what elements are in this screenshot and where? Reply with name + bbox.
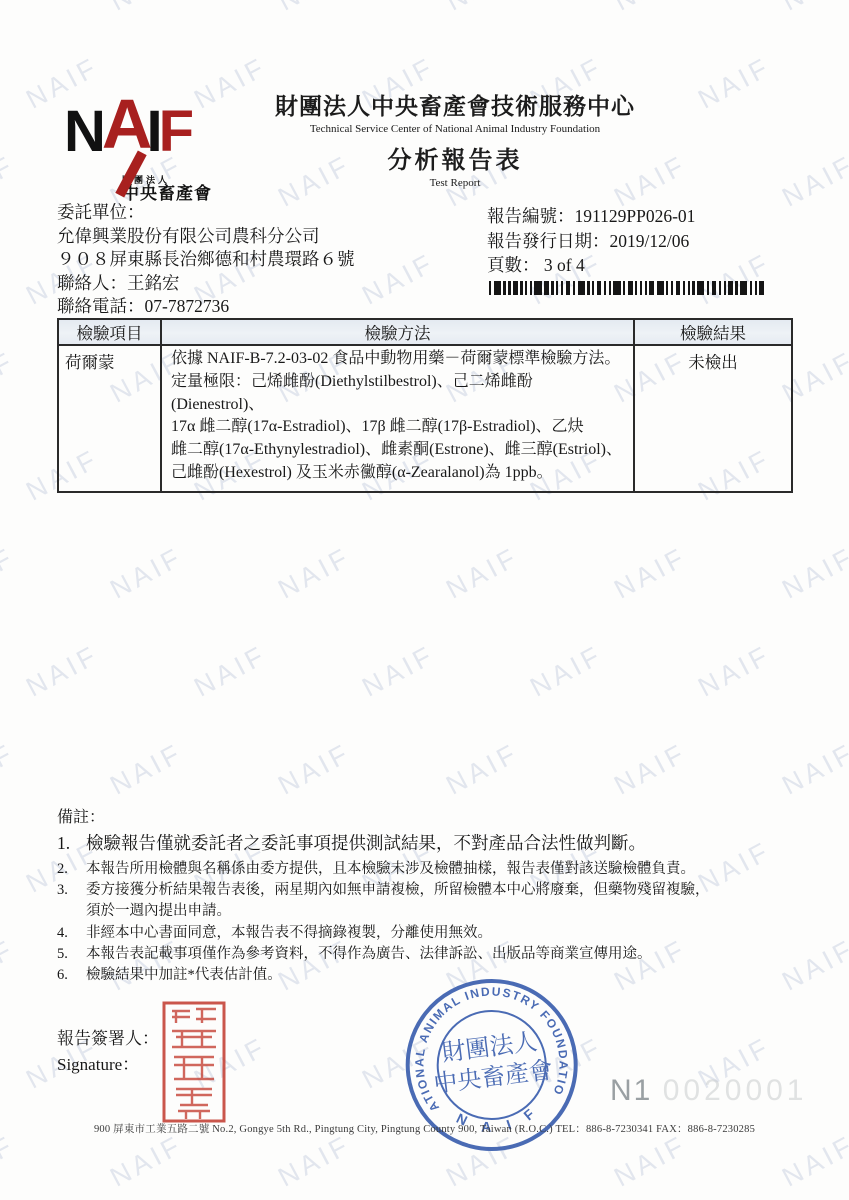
- report-pages: 頁數： 3 of 4: [487, 253, 695, 278]
- barcode-bar: [735, 281, 737, 295]
- naif-logo-letters: NAIF: [64, 92, 234, 166]
- barcode-bar: [707, 281, 709, 295]
- signatory-label-en: Signature：: [57, 1052, 159, 1078]
- barcode-bar: [728, 281, 733, 295]
- logo-letter-f: F: [159, 99, 194, 164]
- barcode-bar: [534, 281, 541, 295]
- column-header-test-method: 檢驗方法: [161, 319, 634, 345]
- table-row: 荷爾蒙 依據 NAIF-B-7.2-03-02 食品中動物用藥－荷爾蒙標準檢驗方…: [58, 345, 792, 492]
- signature-block: 報告簽署人： Signature：: [57, 1026, 159, 1078]
- barcode-bar: [556, 281, 558, 295]
- barcode-bar: [645, 281, 647, 295]
- barcode-bar: [551, 281, 553, 295]
- barcode-bar: [489, 281, 491, 295]
- barcode-bar: [508, 281, 510, 295]
- barcode-bar: [530, 281, 532, 295]
- client-info: 委託單位： 允偉興業股份有限公司農科分公司 ９０８屏東縣長治鄉德和村農環路６號 …: [57, 201, 355, 319]
- barcode-bar: [513, 281, 518, 295]
- barcode-bar: [494, 281, 501, 295]
- report-info: 報告編號：191129PP026-01 報告發行日期：2019/12/06 頁數…: [487, 204, 695, 278]
- barcode-bar: [573, 281, 575, 295]
- client-phone: 聯絡電話：07-7872736: [57, 295, 355, 319]
- barcode-bar: [613, 281, 620, 295]
- barcode-bar: [544, 281, 549, 295]
- barcode-bar: [724, 281, 726, 295]
- test-method-cell: 依據 NAIF-B-7.2-03-02 食品中動物用藥－荷爾蒙標準檢驗方法。 定…: [161, 345, 634, 492]
- column-header-test-result: 檢驗結果: [634, 319, 792, 345]
- barcode-bar: [750, 281, 752, 295]
- remark-item: 2. 本報告所用檢體與名稱係由委方提供，且本檢驗未涉及檢體抽樣，報告表僅對該送驗…: [57, 859, 802, 880]
- barcode-bar: [578, 281, 585, 295]
- report-barcode: [489, 281, 767, 295]
- column-header-test-item: 檢驗項目: [58, 319, 161, 345]
- barcode-bar: [597, 281, 602, 295]
- test-report-page: NAIFNAIFNAIFNAIFNAIFNAIFNAIFNAIFNAIFNAIF…: [0, 0, 849, 1200]
- barcode-bar: [688, 281, 690, 295]
- barcode-bar: [592, 281, 594, 295]
- client-contact: 聯絡人：王銘宏: [57, 272, 355, 296]
- barcode-bar: [635, 281, 637, 295]
- naif-logo: NAIF 財團法人 中央畜產會: [64, 92, 234, 203]
- barcode-bar: [719, 281, 721, 295]
- foundation-round-stamp: NATIONAL ANIMAL INDUSTRY FOUNDATION N A …: [394, 967, 591, 1168]
- test-results-table: 檢驗項目 檢驗方法 檢驗結果 荷爾蒙 依據 NAIF-B-7.2-03-02 食…: [57, 318, 793, 493]
- barcode-bar: [676, 281, 681, 295]
- organization-name-zh: 財團法人中央畜產會技術服務中心: [235, 88, 675, 121]
- barcode-bar: [628, 281, 633, 295]
- signatory-label-zh: 報告簽署人：: [57, 1026, 159, 1052]
- remark-item: 4. 非經本中心書面同意，本報告表不得摘錄複製，分離使用無效。: [57, 923, 802, 944]
- barcode-bar: [740, 281, 747, 295]
- logo-letter-n: N: [64, 99, 102, 164]
- report-issue-date: 報告發行日期：2019/12/06: [487, 229, 695, 254]
- test-item-cell: 荷爾蒙: [58, 345, 161, 492]
- barcode-bar: [755, 281, 757, 295]
- remark-item: 1. 檢驗報告僅就委託者之委託事項提供測試結果，不對產品合法性做判斷。: [57, 831, 802, 856]
- barcode-bar: [623, 281, 625, 295]
- footer-address: 900 屏東市工業五路二號 No.2, Gongye 5th Rd., Ping…: [0, 1121, 849, 1136]
- serial-number: N1 0020001: [610, 1074, 808, 1108]
- barcode-bar: [666, 281, 668, 295]
- report-title-zh: 分析報告表: [235, 140, 675, 175]
- barcode-bar: [561, 281, 563, 295]
- client-label: 委託單位：: [57, 201, 355, 225]
- barcode-bar: [712, 281, 717, 295]
- barcode-bar: [604, 281, 606, 295]
- barcode-bar: [609, 281, 611, 295]
- barcode-bar: [671, 281, 673, 295]
- logo-letter-i: I: [146, 99, 158, 164]
- report-number: 報告編號：191129PP026-01: [487, 204, 695, 229]
- barcode-bar: [520, 281, 522, 295]
- barcode-bar: [640, 281, 642, 295]
- barcode-bar: [657, 281, 664, 295]
- report-header: 財團法人中央畜產會技術服務中心 Technical Service Center…: [235, 88, 675, 189]
- client-address: ９０８屏東縣長治鄉德和村農環路６號: [57, 248, 355, 272]
- barcode-bar: [759, 281, 764, 295]
- barcode-bar: [587, 281, 589, 295]
- barcode-bar: [692, 281, 694, 295]
- remarks-label: 備註：: [57, 804, 802, 827]
- barcode-bar: [697, 281, 704, 295]
- test-result-cell: 未檢出: [634, 345, 792, 492]
- barcode-bar: [525, 281, 527, 295]
- remark-item: 5. 本報告表記載事項僅作為參考資料，不得作為廣告、法律訴訟、出版品等商業宣傳用…: [57, 944, 802, 965]
- barcode-bar: [683, 281, 685, 295]
- barcode-bar: [503, 281, 505, 295]
- barcode-bar: [566, 281, 571, 295]
- serial-prefix: N1: [610, 1074, 652, 1107]
- serial-faint-digits: 0020001: [663, 1074, 808, 1107]
- remark-item: 3. 委方接獲分析結果報告表後，兩星期內如無申請複檢，所留檢體本中心將廢棄，但藥…: [57, 880, 802, 922]
- signature-seal-stamp-icon: [162, 1001, 226, 1128]
- client-name: 允偉興業股份有限公司農科分公司: [57, 225, 355, 249]
- remarks-section: 備註： 1. 檢驗報告僅就委託者之委託事項提供測試結果，不對產品合法性做判斷。 …: [57, 804, 802, 986]
- barcode-bar: [649, 281, 654, 295]
- organization-name-en: Technical Service Center of National Ani…: [235, 123, 675, 135]
- report-title-en: Test Report: [235, 177, 675, 189]
